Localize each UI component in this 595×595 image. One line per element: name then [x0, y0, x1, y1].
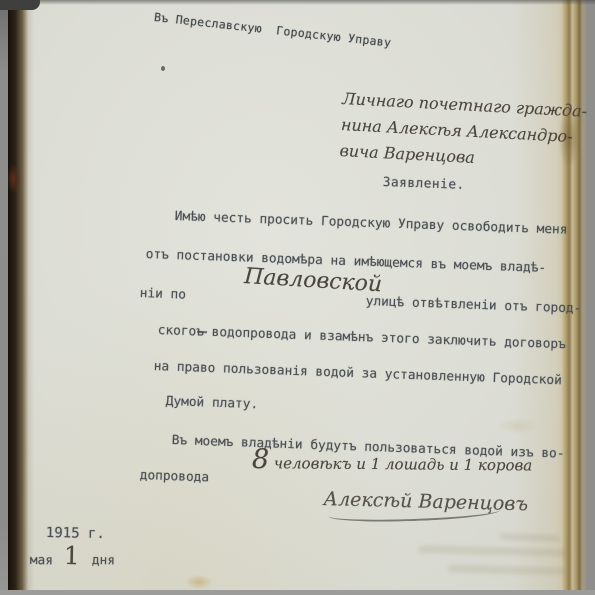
paper-stain — [186, 575, 212, 589]
bleed-through-smudge — [448, 564, 566, 575]
page-header-line: Въ Переславскую Городскую Управу — [153, 10, 392, 50]
bleed-through-smudge — [418, 545, 568, 557]
document-page: Въ Переславскую Городскую Управу Личнаго… — [0, 0, 595, 595]
body-line-5: на право пользованія водой за установлен… — [153, 359, 562, 388]
book-page-edges — [556, 0, 586, 595]
photo-edge-bottom — [0, 590, 595, 595]
body-line-8-prefix: допровода — [139, 468, 209, 485]
body-line-4: скогоъ водопровода и взамѣнъ этого заклю… — [157, 323, 566, 352]
photo-edge-right — [586, 0, 595, 595]
photo-edge-top — [0, 0, 595, 5]
date-day-word: дня — [92, 553, 115, 568]
body-line-6: Думой плату. — [165, 394, 258, 412]
recipient-block: Личнаго почетнаго гражда- нина Алексѣя А… — [339, 86, 588, 177]
body-line-3-suffix: улицѣ отвѣтвленіи отъ город- — [365, 294, 581, 317]
photo-edge-left — [0, 0, 8, 595]
body-line-1: Имѣю честь просить Городскую Управу осво… — [174, 209, 567, 238]
gutter-stain — [7, 165, 20, 193]
handwritten-count-text: человѣкъ и 1 лошадь и 1 корова — [269, 454, 532, 474]
photo-corner-top-left — [0, 0, 40, 10]
date-month: мая — [30, 553, 53, 568]
bleed-through-smudge — [500, 533, 560, 542]
book-gutter-shadow — [8, 0, 34, 595]
document-title: Заявленіе. — [382, 175, 465, 193]
date-day-handwritten: 1 — [63, 541, 79, 570]
ink-speck — [161, 66, 165, 71]
body-line-3-prefix: ніи по — [139, 286, 186, 303]
date-year: 1915 г. — [46, 525, 105, 542]
handwritten-count: 8 человѣкъ и 1 лошадь и 1 корова — [252, 450, 533, 474]
handwritten-count-number: 8 — [252, 444, 269, 475]
paper-stain — [498, 418, 538, 434]
